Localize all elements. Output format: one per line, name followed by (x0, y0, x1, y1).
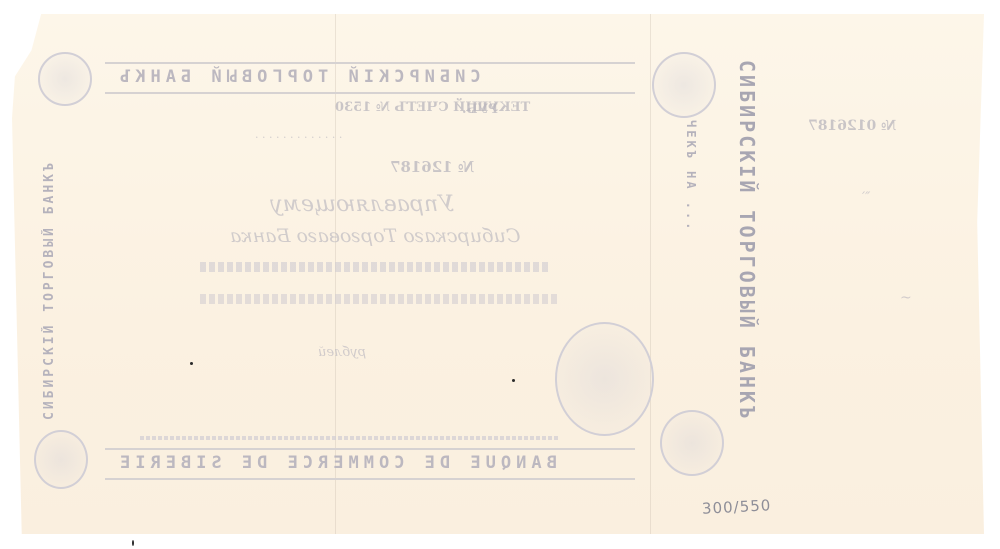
vertical-text-left: СИБИРСКІЙ ТОРГОВЫЙ БАНКЪ (42, 110, 57, 420)
seal-bottom-right (660, 410, 724, 476)
header-band: СИБИРСКІЙ ТОРГОВЫЙ БАНКЪ (105, 62, 635, 94)
stub-mark: ~ (900, 290, 912, 306)
stub-number: № 0126187 (808, 118, 896, 134)
footer-band: BANQUE DE COMMERCE DE SIBERIE (105, 448, 635, 480)
handwriting-line-1: Управляющему (270, 192, 454, 217)
seal-bottom-left (34, 430, 88, 489)
date-line: . . . . . . . . . . . . . (255, 128, 342, 141)
vertical-text-right: СИБИРСКІЙ ТОРГОВЫЙ БАНКЪ (735, 60, 759, 480)
print-line (200, 262, 550, 272)
speck (190, 362, 193, 365)
pencil-note: 300/550 (702, 496, 772, 518)
fine-print-line (140, 436, 560, 440)
handwriting-line-3: рублей (318, 345, 366, 360)
stub-mark: ′″ (862, 190, 870, 206)
speck (512, 379, 515, 382)
seal-center (555, 322, 654, 436)
fold-line (650, 14, 651, 534)
seal-top-left (38, 52, 92, 106)
seal-top-right (652, 52, 716, 118)
vertical-text-center: ЧЕКЪ НА ... (684, 120, 698, 410)
header-text: СИБИРСКІЙ ТОРГОВЫЙ БАНКЪ (115, 67, 481, 87)
rub-label: РУБ. (462, 102, 498, 117)
speck (132, 540, 134, 546)
handwriting-line-2: Сибирскаго Торговаго Банка (230, 225, 520, 247)
print-line (200, 294, 560, 304)
number-line: № 126187 (390, 158, 474, 176)
footer-text: BANQUE DE COMMERCE DE SIBERIE (115, 453, 557, 473)
account-line: ТЕКУЩІЙ СЧЕТЪ № 1530 (335, 100, 530, 115)
